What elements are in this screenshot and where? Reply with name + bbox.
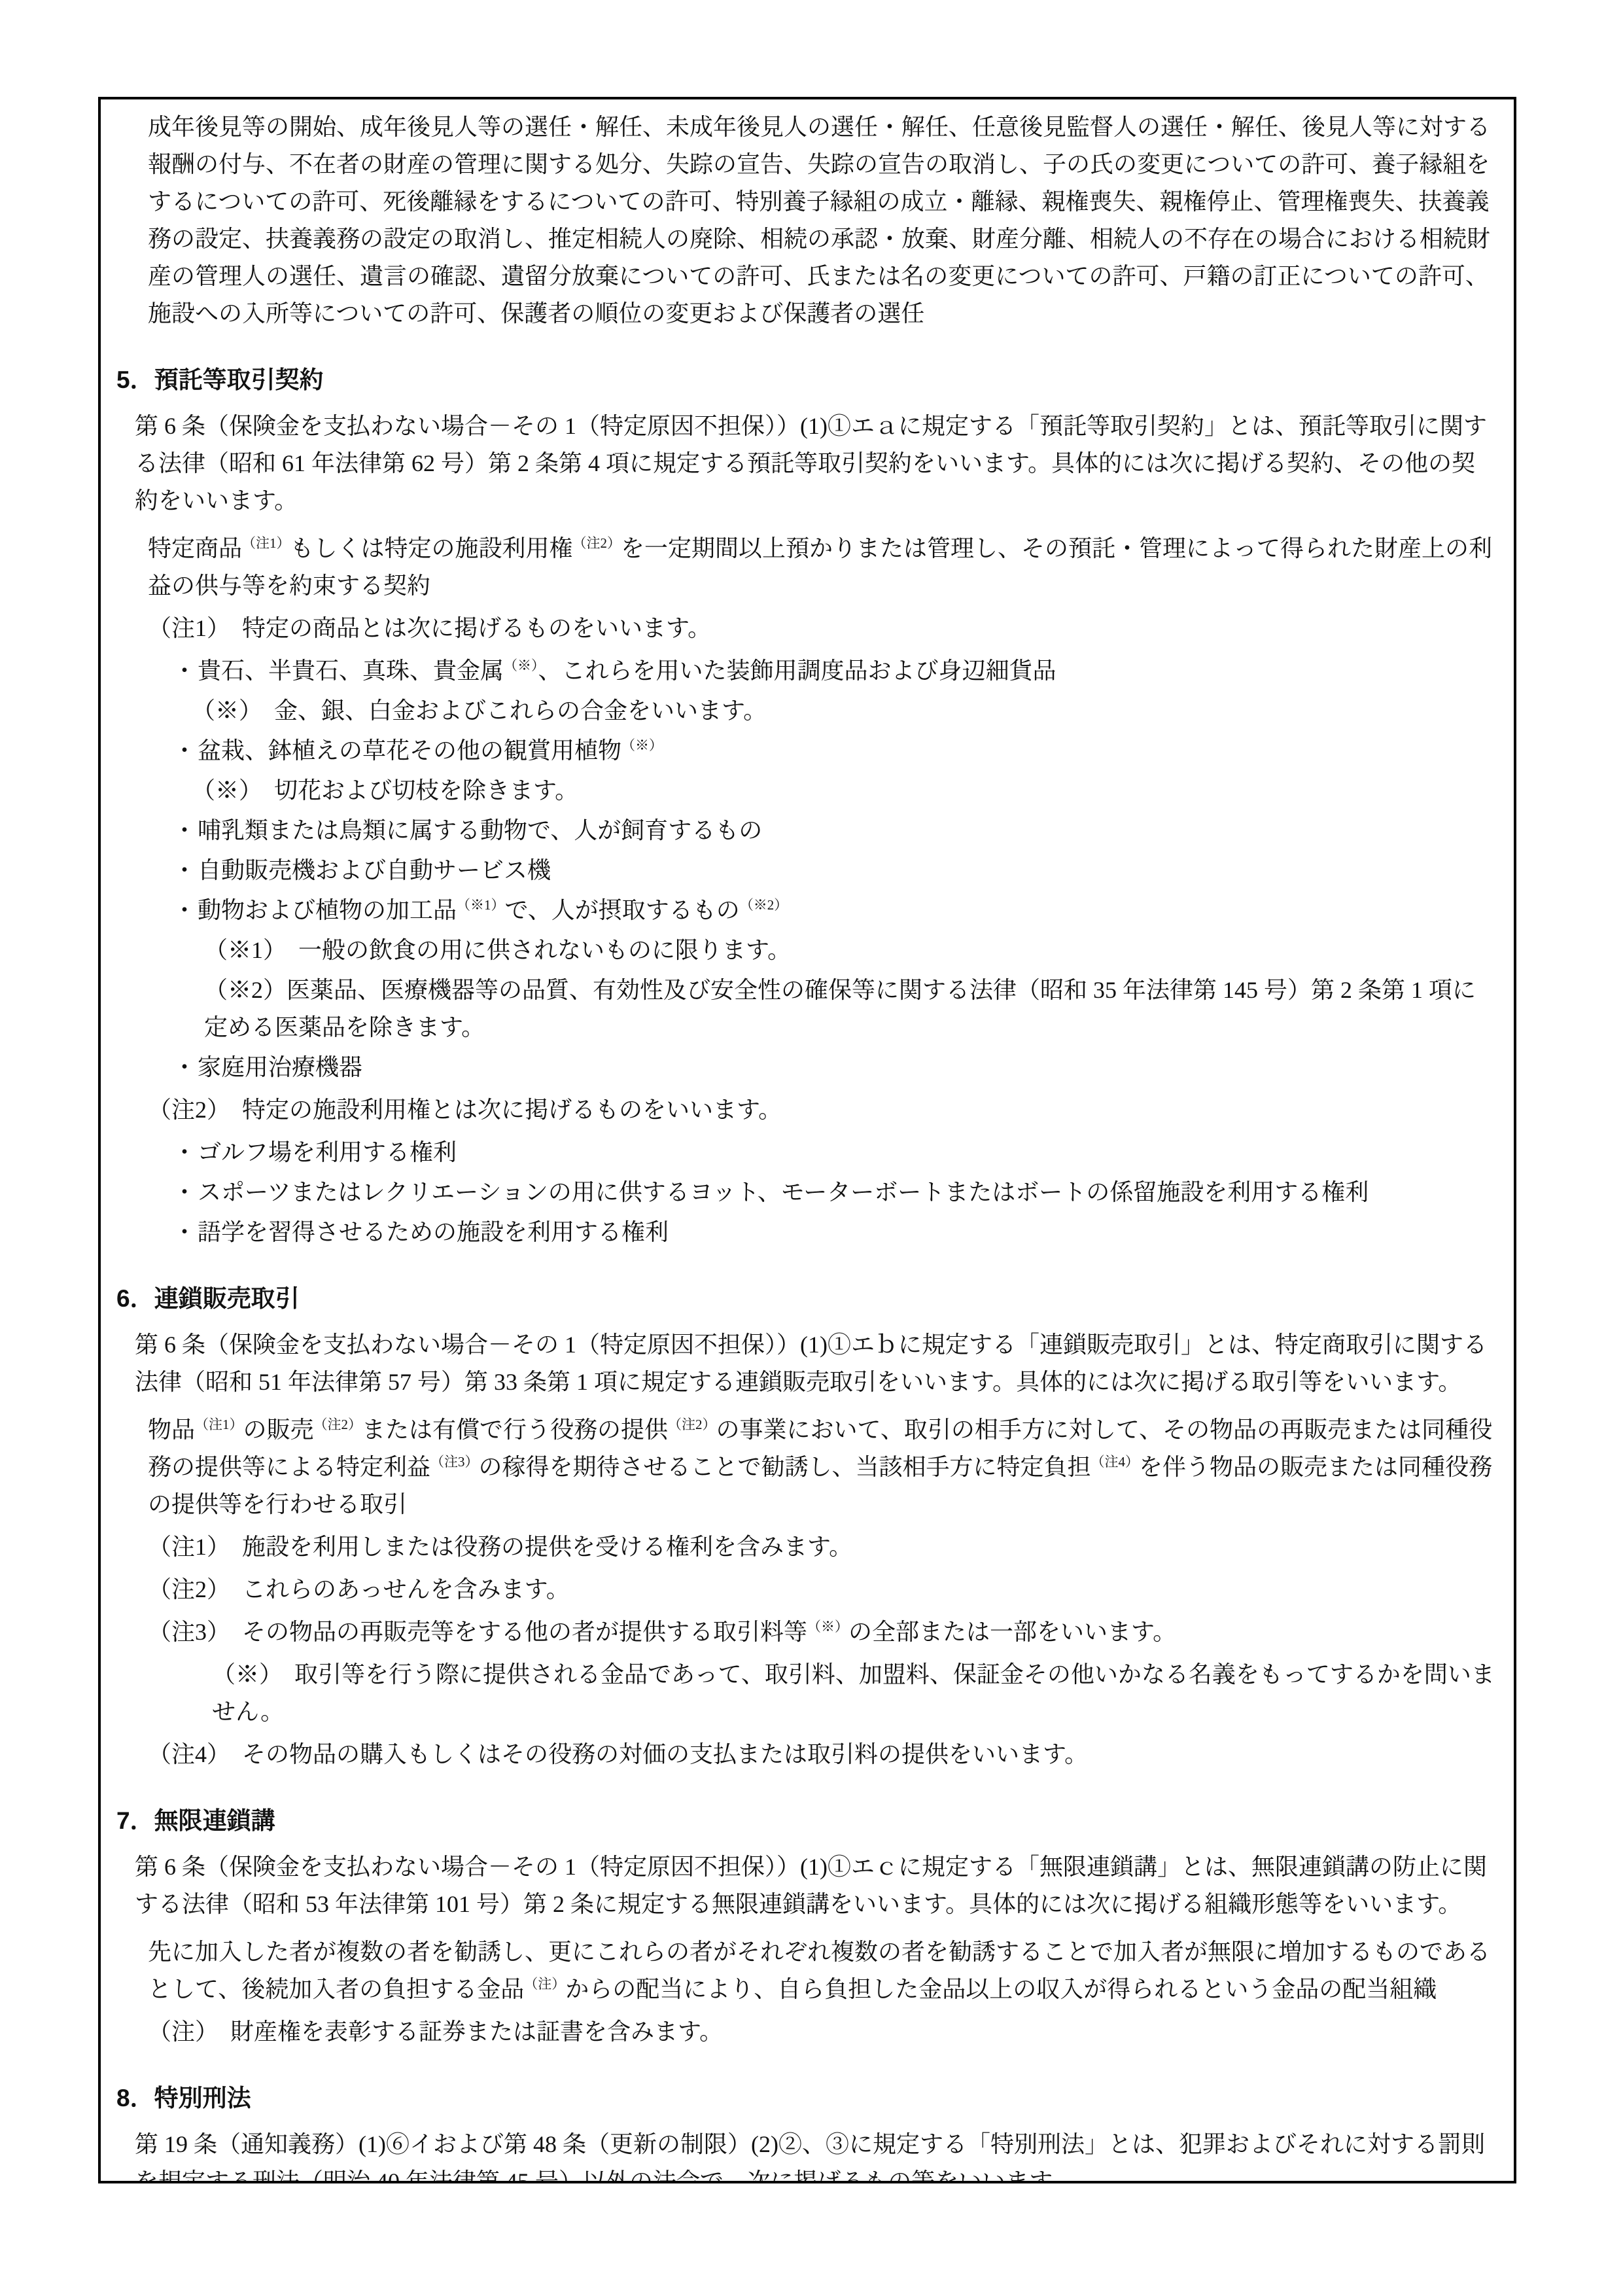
note-item: （注2）これらのあっせんを含みます。 [148, 1571, 1497, 1608]
note-text: 財産権を表彰する証券または証書を含みます。 [230, 2019, 723, 2045]
kome-text: 一般の飲食の用に供されないものに限ります。 [298, 937, 791, 963]
kome-text: 取引等を行う際に提供される金品であって、取引料、加盟料、保証金その他いかなる名義… [212, 1661, 1495, 1725]
section-6-heading: 6．連鎖販売取引 [116, 1280, 1497, 1317]
note-label: （注1） [148, 1534, 230, 1560]
article-paragraph: 第 6 条（保険金を支払わない場合－その 1（特定原因不担保））(1)①エａに規… [135, 408, 1497, 520]
note-label: （注3） [148, 1619, 230, 1645]
note-item: （注4）その物品の購入もしくはその役務の対価の支払または取引料の提供をいいます。 [148, 1736, 1497, 1773]
bullet-marker: ・ [173, 737, 196, 764]
kome-label: （※） [192, 698, 262, 724]
description-paragraph: 特定商品（注1）もしくは特定の施設利用権（注2）を一定期間以上預かりまたは管理し… [148, 530, 1497, 605]
bullet-marker: ・ [173, 1219, 196, 1245]
note-label: （注2） [148, 1097, 230, 1123]
page-border-frame: 成年後見等の開始、成年後見人等の選任・解任、未成年後見人の選任・解任、任意後見監… [98, 97, 1516, 2183]
list-item-text: スポーツまたはレクリエーションの用に供するヨット、モーターボートまたはボートの係… [198, 1179, 1369, 1205]
list-item: ・哺乳類または鳥類に属する動物で、人が飼育するもの [173, 812, 1497, 849]
bullet-marker: ・ [173, 857, 196, 883]
bullet-marker: ・ [173, 1054, 196, 1080]
section-6: 6．連鎖販売取引 第 6 条（保険金を支払わない場合－その 1（特定原因不担保）… [101, 1280, 1497, 1773]
note-item: （注）財産権を表彰する証券または証書を含みます。 [148, 2013, 1497, 2051]
bullet-marker: ・ [173, 817, 196, 843]
note-label: （注4） [148, 1741, 230, 1767]
bullet-marker: ・ [173, 1139, 196, 1165]
kome-note-item: （※1）一般の飲食の用に供されないものに限ります。 [204, 932, 1497, 969]
list-item-text: 家庭用治療機器 [198, 1054, 362, 1080]
article-paragraph: 第 19 条（通知義務）(1)⑥イおよび第 48 条（更新の制限）(2)②、③に… [135, 2126, 1497, 2183]
note-label: （注2） [148, 1576, 230, 1602]
note-text: その物品の購入もしくはその役務の対価の支払または取引料の提供をいいます。 [242, 1741, 1088, 1767]
list-item-text: 盆栽、鉢植えの草花その他の観賞用植物（※） [198, 737, 663, 764]
section-8-heading: 8．特別刑法 [116, 2079, 1497, 2117]
document-page: 成年後見等の開始、成年後見人等の選任・解任、未成年後見人の選任・解任、任意後見監… [0, 0, 1623, 2296]
note-label: （注1） [148, 615, 230, 641]
kome-text: 医薬品、医療機器等の品質、有効性及び安全性の確保等に関する法律（昭和 35 年法… [204, 977, 1476, 1040]
note-item: （注1）施設を利用しまたは役務の提供を受ける権利を含みます。 [148, 1528, 1497, 1566]
note-item: （注3）その物品の再販売等をする他の者が提供する取引料等（※）の全部または一部を… [148, 1614, 1497, 1651]
kome-label: （※） [192, 777, 262, 804]
list-item: ・動物および植物の加工品（※1）で、人が摂取するもの（※2） [173, 892, 1497, 929]
section-7: 7．無限連鎖講 第 6 条（保険金を支払わない場合－その 1（特定原因不担保））… [101, 1802, 1497, 2051]
list-item: ・スポーツまたはレクリエーションの用に供するヨット、モーターボートまたはボートの… [173, 1174, 1497, 1211]
note-text: 特定の商品とは次に掲げるものをいいます。 [242, 615, 711, 641]
note-item: （注1）特定の商品とは次に掲げるものをいいます。 [148, 610, 1497, 647]
bullet-marker: ・ [173, 658, 196, 684]
section-8: 8．特別刑法 第 19 条（通知義務）(1)⑥イおよび第 48 条（更新の制限）… [101, 2079, 1497, 2183]
section-5: 5．預託等取引契約 第 6 条（保険金を支払わない場合－その 1（特定原因不担保… [101, 361, 1497, 1251]
kome-note-item: （※）取引等を行う際に提供される金品であって、取引料、加盟料、保証金その他いかな… [212, 1656, 1497, 1731]
note-text: 特定の施設利用権とは次に掲げるものをいいます。 [242, 1097, 782, 1123]
article-paragraph: 第 6 条（保険金を支払わない場合－その 1（特定原因不担保））(1)①エｂに規… [135, 1326, 1497, 1401]
kome-text: 切花および切枝を除きます。 [274, 777, 578, 804]
kome-label: （※2） [204, 977, 287, 1003]
description-paragraph: 先に加入した者が複数の者を勧誘し、更にこれらの者がそれぞれ複数の者を勧誘すること… [148, 1934, 1497, 2008]
section-7-heading: 7．無限連鎖講 [116, 1802, 1497, 1839]
list-item-text: ゴルフ場を利用する権利 [198, 1139, 457, 1165]
note-text: その物品の再販売等をする他の者が提供する取引料等（※）の全部または一部をいいます… [242, 1619, 1176, 1645]
list-item: ・盆栽、鉢植えの草花その他の観賞用植物（※） [173, 732, 1497, 769]
list-item: ・家庭用治療機器 [173, 1049, 1497, 1086]
bullet-marker: ・ [173, 1179, 196, 1205]
list-item-text: 自動販売機および自動サービス機 [198, 857, 551, 883]
list-item: ・貴石、半貴石、真珠、貴金属（※）、これらを用いた装飾用調度品および身辺細貨品 [173, 652, 1497, 690]
note-text: これらのあっせんを含みます。 [242, 1576, 570, 1602]
list-item-text: 哺乳類または鳥類に属する動物で、人が飼育するもの [198, 817, 762, 843]
article-paragraph: 第 6 条（保険金を支払わない場合－その 1（特定原因不担保））(1)①エｃに規… [135, 1848, 1497, 1923]
list-item: ・語学を習得させるための施設を利用する権利 [173, 1214, 1497, 1251]
kome-label: （※1） [204, 937, 287, 963]
kome-note-item: （※2）医薬品、医療機器等の品質、有効性及び安全性の確保等に関する法律（昭和 3… [204, 972, 1497, 1046]
kome-label: （※） [212, 1661, 283, 1687]
kome-text: 金、銀、白金およびこれらの合金をいいます。 [274, 698, 767, 724]
list-item: ・ゴルフ場を利用する権利 [173, 1134, 1497, 1171]
section-5-heading: 5．預託等取引契約 [116, 361, 1497, 398]
list-item: ・自動販売機および自動サービス機 [173, 852, 1497, 889]
note-text: 施設を利用しまたは役務の提供を受ける権利を含みます。 [242, 1534, 852, 1560]
list-item-text: 貴石、半貴石、真珠、貴金属（※）、これらを用いた装飾用調度品および身辺細貨品 [198, 658, 1056, 684]
kome-note-item: （※）金、銀、白金およびこれらの合金をいいます。 [192, 692, 1497, 730]
kome-note-item: （※）切花および切枝を除きます。 [192, 772, 1497, 809]
intro-paragraph: 成年後見等の開始、成年後見人等の選任・解任、未成年後見人の選任・解任、任意後見監… [148, 109, 1497, 332]
note-item: （注2）特定の施設利用権とは次に掲げるものをいいます。 [148, 1091, 1497, 1129]
bullet-marker: ・ [173, 897, 196, 923]
note-label: （注） [148, 2019, 218, 2045]
list-item-text: 語学を習得させるための施設を利用する権利 [198, 1219, 669, 1245]
description-paragraph: 物品（注1）の販売（注2）または有償で行う役務の提供（注2）の事業において、取引… [148, 1411, 1497, 1523]
list-item-text: 動物および植物の加工品（※1）で、人が摂取するもの（※2） [198, 897, 788, 923]
